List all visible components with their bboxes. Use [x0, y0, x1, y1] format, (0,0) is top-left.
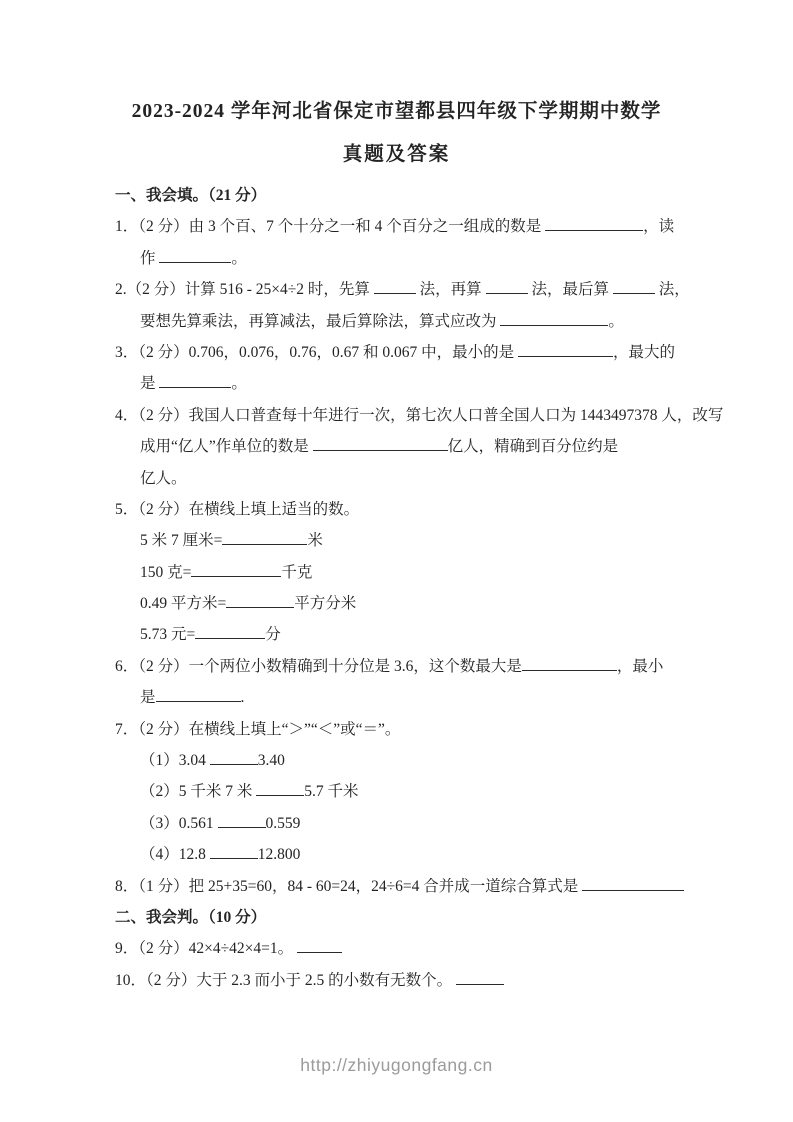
text-run: 5.73 元= — [140, 626, 195, 643]
section-2-heading: 二、我会判。（10 分） — [115, 902, 727, 933]
text-run: 成用“亿人”作单位的数是 — [140, 438, 313, 455]
text-run: ，最小 — [617, 658, 664, 675]
text-run: （2）5 千米 7 米 — [140, 783, 256, 800]
question-7-item-3: （3）0.561 0.559 — [115, 808, 727, 839]
text-run: 2.（2 分）计算 516 - 25×4÷2 时，先算 — [115, 281, 374, 298]
text-run: 亿人，精确到百分位约是 — [448, 438, 619, 455]
section-1-heading: 一、我会填。（21 分） — [115, 180, 727, 211]
answer-blank — [159, 248, 231, 263]
answer-blank — [156, 687, 241, 702]
text-run: 6．（2 分）一个两位小数精确到十分位是 3.6，这个数最大是 — [115, 658, 522, 675]
text-run: 0.559 — [266, 815, 301, 832]
exam-title-line-2: 真题及答案 — [0, 140, 793, 170]
text-run: 法，再算 — [416, 281, 486, 298]
answer-blank — [297, 938, 342, 953]
text-run: 。 — [608, 313, 624, 330]
text-run: 二、我会判。（10 分） — [115, 909, 266, 926]
answer-blank — [222, 530, 307, 545]
question-4-line-2: 成用“亿人”作单位的数是 亿人，精确到百分位约是 — [115, 431, 727, 462]
answer-blank — [582, 876, 684, 891]
exam-title-line-1: 2023-2024 学年河北省保定市望都县四年级下学期期中数学 — [0, 0, 793, 127]
text-run: 是 — [140, 689, 156, 706]
answer-blank — [210, 844, 258, 859]
text-run: 亿人。 — [140, 470, 187, 487]
question-7-line-1: 7．（2 分）在横线上填上“＞”“＜”或“＝”。 — [115, 714, 727, 745]
question-7-item-4: （4）12.8 12.800 — [115, 839, 727, 870]
answer-blank — [218, 813, 266, 828]
text-run: 9．（2 分）42×4÷42×4=1。 — [115, 940, 297, 957]
text-run: 法， — [655, 281, 690, 298]
answer-blank — [195, 624, 265, 639]
text-run: ，读 — [643, 218, 674, 235]
text-run: ，最大的 — [613, 344, 675, 361]
text-run: （3）0.561 — [140, 815, 218, 832]
text-run: 作 — [140, 250, 159, 267]
exam-paper-page: 2023-2024 学年河北省保定市望都县四年级下学期期中数学 真题及答案 一、… — [0, 0, 793, 1122]
text-run: . — [241, 689, 245, 706]
question-9-line-1: 9．（2 分）42×4÷42×4=1。 — [115, 933, 727, 964]
question-5-item-2: 150 克=千克 — [115, 557, 727, 588]
answer-blank — [159, 373, 231, 388]
answer-blank — [210, 750, 258, 765]
text-run: 要想先算乘法，再算减法，最后算除法，算式应改为 — [140, 313, 500, 330]
question-5-item-3: 0.49 平方米=平方分米 — [115, 588, 727, 619]
text-run: 7．（2 分）在横线上填上“＞”“＜”或“＝”。 — [115, 721, 400, 738]
text-run: 分 — [265, 626, 281, 643]
question-7-item-1: （1）3.04 3.40 — [115, 745, 727, 776]
question-8-line-1: 8．（1 分）把 25+35=60，84 - 60=24，24÷6=4 合并成一… — [115, 871, 727, 902]
question-4-line-1: 4．（2 分）我国人口普查每十年进行一次，第七次人口普全国人口为 1443497… — [115, 400, 727, 431]
question-3-line-1: 3．（2 分）0.706，0.076，0.76，0.67 和 0.067 中，最… — [115, 337, 727, 368]
answer-blank — [456, 970, 504, 985]
question-7-item-2: （2）5 千米 7 米 5.7 千米 — [115, 776, 727, 807]
text-run: 1．（2 分）由 3 个百、7 个十分之一和 4 个百分之一组成的数是 — [115, 218, 545, 235]
text-run: 10．（2 分）大于 2.3 而小于 2.5 的小数有无数个。 — [115, 972, 456, 989]
text-run: （1）3.04 — [140, 752, 210, 769]
answer-blank — [226, 593, 294, 608]
question-6-line-2: 是. — [115, 682, 727, 713]
text-run: 3.40 — [258, 752, 285, 769]
question-5-item-4: 5.73 元=分 — [115, 619, 727, 650]
text-run: 。 — [231, 375, 247, 392]
question-4-line-3: 亿人。 — [115, 463, 727, 494]
answer-blank — [522, 656, 617, 671]
question-6-line-1: 6．（2 分）一个两位小数精确到十分位是 3.6，这个数最大是，最小 — [115, 651, 727, 682]
text-run: 一、我会填。（21 分） — [115, 187, 266, 204]
answer-blank — [500, 311, 608, 326]
text-run: 平方分米 — [294, 595, 356, 612]
question-10-line-1: 10．（2 分）大于 2.3 而小于 2.5 的小数有无数个。 — [115, 965, 727, 996]
question-3-line-2: 是 。 — [115, 368, 727, 399]
answer-blank — [313, 436, 448, 451]
watermark-url: http://zhiyugongfang.cn — [0, 1055, 793, 1076]
text-run: 5．（2 分）在横线上填上适当的数。 — [115, 501, 359, 518]
text-run: 5 米 7 厘米= — [140, 532, 222, 549]
text-run: 3．（2 分）0.706，0.076，0.76，0.67 和 0.067 中，最… — [115, 344, 518, 361]
text-run: 12.800 — [258, 846, 301, 863]
question-1-line-2: 作 。 — [115, 243, 727, 274]
text-run: 千克 — [281, 564, 312, 581]
text-run: 米 — [307, 532, 323, 549]
question-5-line-1: 5．（2 分）在横线上填上适当的数。 — [115, 494, 727, 525]
question-area: 一、我会填。（21 分） 1．（2 分）由 3 个百、7 个十分之一和 4 个百… — [115, 180, 727, 996]
question-2-line-1: 2.（2 分）计算 516 - 25×4÷2 时，先算 法，再算 法，最后算 法… — [115, 274, 727, 305]
question-1-line-1: 1．（2 分）由 3 个百、7 个十分之一和 4 个百分之一组成的数是 ，读 — [115, 211, 727, 242]
text-run: 是 — [140, 375, 159, 392]
answer-blank — [486, 279, 528, 294]
text-run: 4．（2 分）我国人口普查每十年进行一次，第七次人口普全国人口为 1443497… — [115, 407, 723, 424]
text-run: 。 — [231, 250, 247, 267]
answer-blank — [256, 781, 304, 796]
text-run: 法，最后算 — [528, 281, 613, 298]
question-2-line-2: 要想先算乘法，再算减法，最后算除法，算式应改为 。 — [115, 306, 727, 337]
answer-blank — [545, 216, 643, 231]
answer-blank — [613, 279, 655, 294]
text-run: 5.7 千米 — [304, 783, 358, 800]
text-run: 150 克= — [140, 564, 191, 581]
answer-blank — [191, 562, 281, 577]
answer-blank — [374, 279, 416, 294]
text-run: 0.49 平方米= — [140, 595, 226, 612]
text-run: （4）12.8 — [140, 846, 210, 863]
question-5-item-1: 5 米 7 厘米=米 — [115, 525, 727, 556]
answer-blank — [518, 342, 613, 357]
text-run: 8．（1 分）把 25+35=60，84 - 60=24，24÷6=4 合并成一… — [115, 878, 582, 895]
